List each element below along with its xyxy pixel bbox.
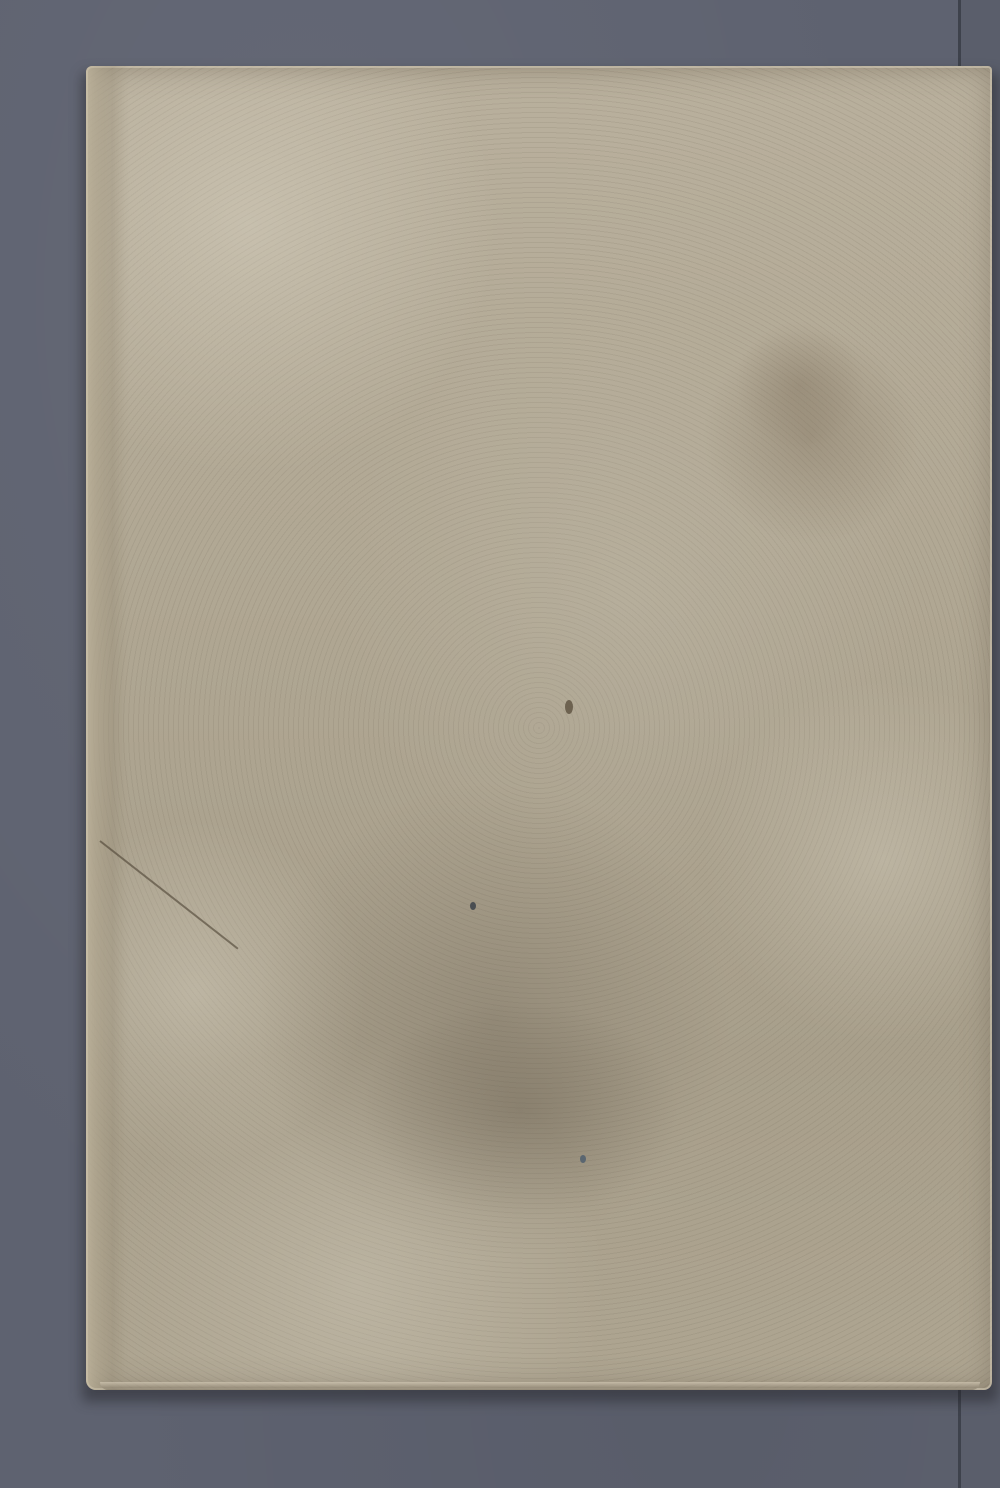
page-block-edge [100, 1382, 980, 1390]
blue-speck [580, 1155, 586, 1163]
book-spine-edge [86, 66, 130, 1390]
cover-wear-patch [360, 1000, 680, 1220]
cover-stain [735, 320, 865, 450]
blue-speck [470, 902, 476, 910]
dark-mark [565, 700, 573, 714]
photo-scene [0, 0, 1000, 1488]
